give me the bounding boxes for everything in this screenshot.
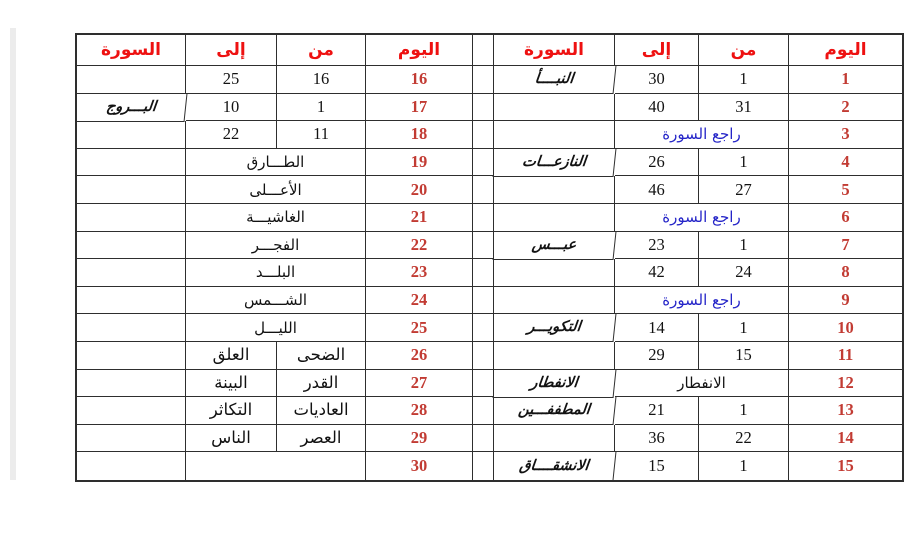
column-header-from: من	[277, 35, 366, 66]
to-cell: 46	[615, 176, 699, 204]
spacer-cell	[473, 149, 494, 177]
from-cell: 31	[699, 94, 789, 122]
spacer-cell	[473, 66, 494, 94]
day-cell: 22	[366, 232, 473, 260]
to-cell: 42	[615, 259, 699, 287]
surah-cell: عبـــس	[493, 232, 617, 260]
day-cell: 6	[789, 204, 902, 232]
merged-surah-name-cell: الليـــل	[186, 314, 366, 342]
surah-cell	[77, 342, 186, 370]
from-cell: 11	[277, 121, 366, 149]
column-header-day: اليوم	[366, 35, 473, 66]
from-cell: الضحى	[277, 342, 366, 370]
day-cell: 20	[366, 176, 473, 204]
spacer-cell	[473, 232, 494, 260]
to-cell: البينة	[186, 370, 277, 398]
spacer-cell	[473, 94, 494, 122]
spacer-cell	[473, 370, 494, 398]
merged-surah-name-cell: الانفطار	[615, 370, 789, 398]
day-cell: 27	[366, 370, 473, 398]
surah-cell: البـــروج	[76, 94, 188, 122]
day-cell: 17	[366, 94, 473, 122]
to-cell: 15	[615, 452, 699, 480]
review-surah-cell: راجع السورة	[615, 287, 789, 315]
to-cell: 30	[615, 66, 699, 94]
quran-reading-schedule-table: السورةإلىمناليومالسورةإلىمناليوم251616ال…	[75, 33, 904, 482]
day-cell: 28	[366, 397, 473, 425]
column-header-day: اليوم	[789, 35, 902, 66]
from-cell: 1	[277, 94, 366, 122]
day-cell: 16	[366, 66, 473, 94]
to-cell: 22	[186, 121, 277, 149]
merged-surah-name-cell: الأعـــلى	[186, 176, 366, 204]
merged-surah-name-cell: الطـــارق	[186, 149, 366, 177]
from-cell: 15	[699, 342, 789, 370]
surah-cell	[494, 287, 615, 315]
from-cell: 1	[699, 397, 789, 425]
spacer-cell	[473, 121, 494, 149]
page-edge-strip	[10, 28, 16, 480]
column-header-from: من	[699, 35, 789, 66]
from-cell: 27	[699, 176, 789, 204]
day-cell: 18	[366, 121, 473, 149]
day-cell: 14	[789, 425, 902, 453]
surah-cell: الانفطار	[493, 370, 617, 398]
spacer-cell	[473, 452, 494, 480]
day-cell: 15	[789, 452, 902, 480]
surah-cell	[77, 176, 186, 204]
from-cell: 24	[699, 259, 789, 287]
column-header-surah: السورة	[494, 35, 615, 66]
surah-cell	[494, 259, 615, 287]
to-cell: الناس	[186, 425, 277, 453]
from-cell: 1	[699, 452, 789, 480]
spacer-cell	[473, 314, 494, 342]
merged-surah-name-cell: الشـــمس	[186, 287, 366, 315]
day-cell: 4	[789, 149, 902, 177]
day-cell: 7	[789, 232, 902, 260]
day-cell: 10	[789, 314, 902, 342]
surah-cell	[494, 121, 615, 149]
from-cell: 16	[277, 66, 366, 94]
surah-cell	[77, 149, 186, 177]
review-surah-cell: راجع السورة	[615, 204, 789, 232]
surah-cell: النازعـــات	[493, 149, 617, 177]
surah-cell	[77, 397, 186, 425]
column-header-surah: السورة	[77, 35, 186, 66]
from-cell: 22	[699, 425, 789, 453]
surah-cell	[494, 176, 615, 204]
from-cell: 1	[699, 149, 789, 177]
to-cell: 23	[615, 232, 699, 260]
surah-cell	[77, 452, 186, 480]
spacer-cell	[473, 259, 494, 287]
surah-cell	[77, 314, 186, 342]
day-cell: 9	[789, 287, 902, 315]
to-cell: 25	[186, 66, 277, 94]
from-cell: 1	[699, 66, 789, 94]
day-cell: 21	[366, 204, 473, 232]
review-surah-cell: راجع السورة	[615, 121, 789, 149]
day-cell: 5	[789, 176, 902, 204]
surah-cell: النبــــأ	[493, 66, 617, 94]
merged-surah-name-cell	[186, 452, 366, 480]
day-cell: 8	[789, 259, 902, 287]
day-cell: 3	[789, 121, 902, 149]
day-cell: 30	[366, 452, 473, 480]
column-header-to: إلى	[615, 35, 699, 66]
day-cell: 2	[789, 94, 902, 122]
day-cell: 1	[789, 66, 902, 94]
day-cell: 25	[366, 314, 473, 342]
day-cell: 11	[789, 342, 902, 370]
to-cell: العلق	[186, 342, 277, 370]
merged-surah-name-cell: البلـــد	[186, 259, 366, 287]
surah-cell	[77, 121, 186, 149]
surah-cell	[77, 204, 186, 232]
spacer-cell	[473, 287, 494, 315]
surah-cell	[77, 287, 186, 315]
surah-cell: التكويـــر	[493, 314, 617, 342]
surah-cell: الانشقــــاق	[493, 452, 617, 480]
spacer-cell	[473, 176, 494, 204]
to-cell: 21	[615, 397, 699, 425]
surah-cell: المطففـــين	[493, 397, 617, 425]
day-cell: 29	[366, 425, 473, 453]
surah-cell	[77, 66, 186, 94]
day-cell: 23	[366, 259, 473, 287]
spacer-cell	[473, 204, 494, 232]
column-header-to: إلى	[186, 35, 277, 66]
spacer-cell	[473, 425, 494, 453]
to-cell: 10	[186, 94, 277, 122]
surah-cell	[494, 342, 615, 370]
from-cell: 1	[699, 232, 789, 260]
day-cell: 13	[789, 397, 902, 425]
surah-cell	[77, 370, 186, 398]
spacer-cell	[473, 342, 494, 370]
from-cell: العاديات	[277, 397, 366, 425]
to-cell: التكاثر	[186, 397, 277, 425]
merged-surah-name-cell: الفجـــر	[186, 232, 366, 260]
to-cell: 29	[615, 342, 699, 370]
to-cell: 26	[615, 149, 699, 177]
surah-cell	[494, 94, 615, 122]
document-page: { "colors": { "header_red": "#ee1111", "…	[0, 0, 915, 550]
spacer-cell	[473, 397, 494, 425]
from-cell: العصر	[277, 425, 366, 453]
to-cell: 14	[615, 314, 699, 342]
from-cell: القدر	[277, 370, 366, 398]
to-cell: 36	[615, 425, 699, 453]
surah-cell	[494, 425, 615, 453]
to-cell: 40	[615, 94, 699, 122]
surah-cell	[494, 204, 615, 232]
day-cell: 26	[366, 342, 473, 370]
surah-cell	[77, 232, 186, 260]
from-cell: 1	[699, 314, 789, 342]
day-cell: 12	[789, 370, 902, 398]
day-cell: 24	[366, 287, 473, 315]
day-cell: 19	[366, 149, 473, 177]
spacer-cell	[473, 35, 494, 66]
surah-cell	[77, 425, 186, 453]
merged-surah-name-cell: الغاشيـــة	[186, 204, 366, 232]
surah-cell	[77, 259, 186, 287]
